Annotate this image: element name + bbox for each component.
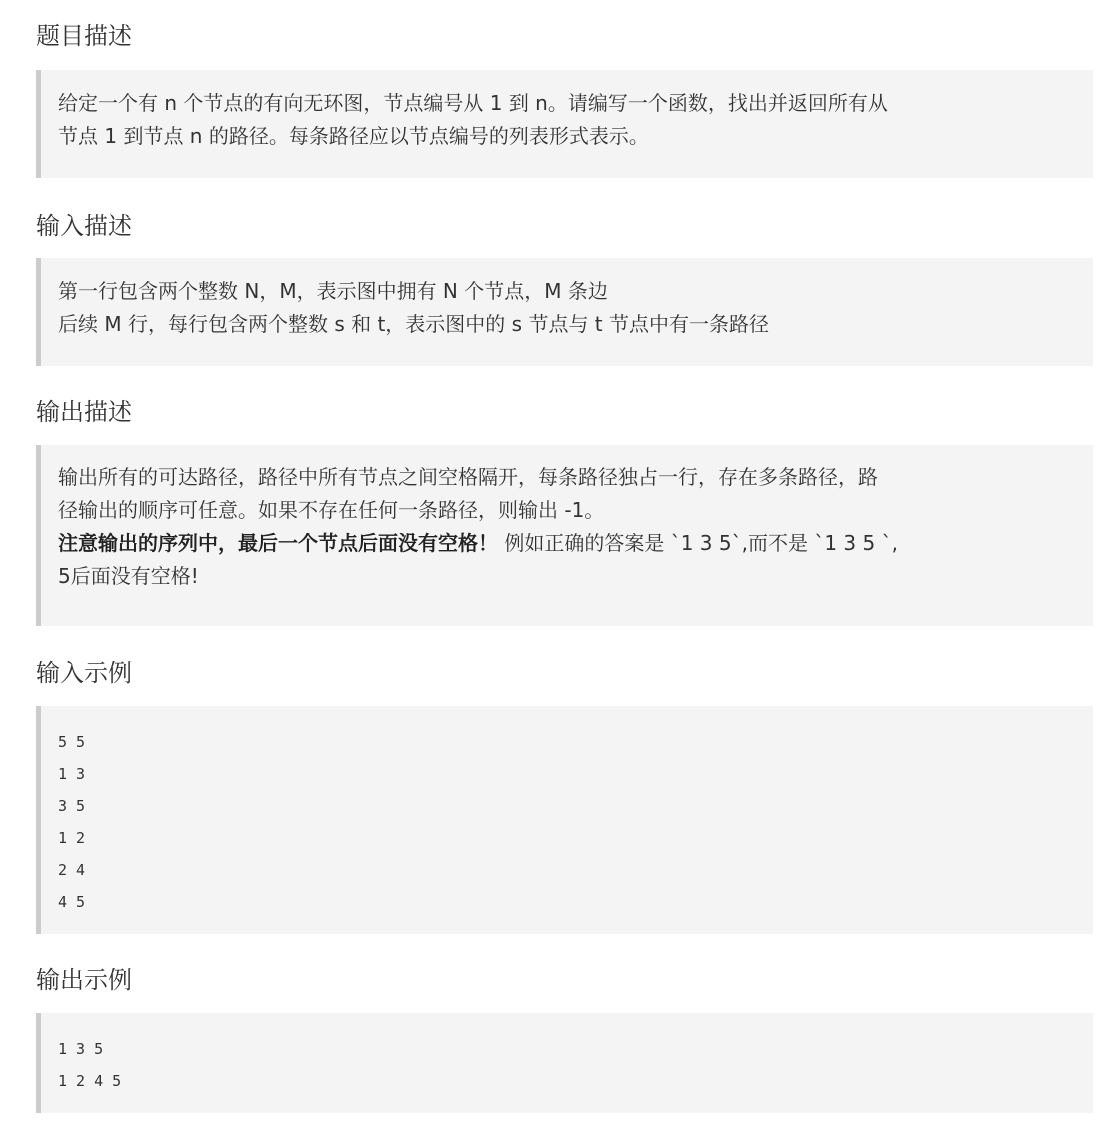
- section-title-input-example: 输入示例: [36, 657, 132, 689]
- description-line-2: 节点 1 到节点 n 的路径。每条路径应以节点编号的列表形式表示。: [58, 120, 1076, 153]
- output-note-line: 注意输出的序列中，最后一个节点后面没有空格！ 例如正确的答案是 `1 3 5`,…: [58, 527, 1076, 560]
- section-title-output-example: 输出示例: [36, 964, 132, 996]
- input-description-line-2: 后续 M 行，每行包含两个整数 s 和 t，表示图中的 s 节点与 t 节点中有…: [58, 308, 1076, 341]
- output-description-line-1: 输出所有的可达路径，路径中所有节点之间空格隔开，每条路径独占一行，存在多条路径，…: [58, 461, 1076, 494]
- output-example-code-block: 1 3 5 1 2 4 5: [36, 1013, 1093, 1113]
- output-note-bold: 注意输出的序列中，最后一个节点后面没有空格！: [58, 531, 498, 555]
- section-title-input-description: 输入描述: [36, 210, 132, 242]
- description-blockquote: 给定一个有 n 个节点的有向无环图，节点编号从 1 到 n。请编写一个函数，找出…: [36, 70, 1093, 178]
- output-note-rest: 例如正确的答案是 `1 3 5`,而不是 `1 3 5 `,: [498, 531, 898, 555]
- output-description-blockquote: 输出所有的可达路径，路径中所有节点之间空格隔开，每条路径独占一行，存在多条路径，…: [36, 445, 1093, 626]
- input-description-line-1: 第一行包含两个整数 N，M，表示图中拥有 N 个节点，M 条边: [58, 275, 1076, 308]
- output-note-last-line: 5后面没有空格!: [58, 560, 1076, 593]
- input-description-blockquote: 第一行包含两个整数 N，M，表示图中拥有 N 个节点，M 条边 后续 M 行，每…: [36, 258, 1093, 366]
- section-title-description: 题目描述: [36, 20, 132, 52]
- output-description-line-2: 径输出的顺序可任意。如果不存在任何一条路径，则输出 -1。: [58, 494, 1076, 527]
- description-line-1: 给定一个有 n 个节点的有向无环图，节点编号从 1 到 n。请编写一个函数，找出…: [58, 87, 1076, 120]
- input-example-code-block: 5 5 1 3 3 5 1 2 2 4 4 5: [36, 706, 1093, 934]
- section-title-output-description: 输出描述: [36, 396, 132, 428]
